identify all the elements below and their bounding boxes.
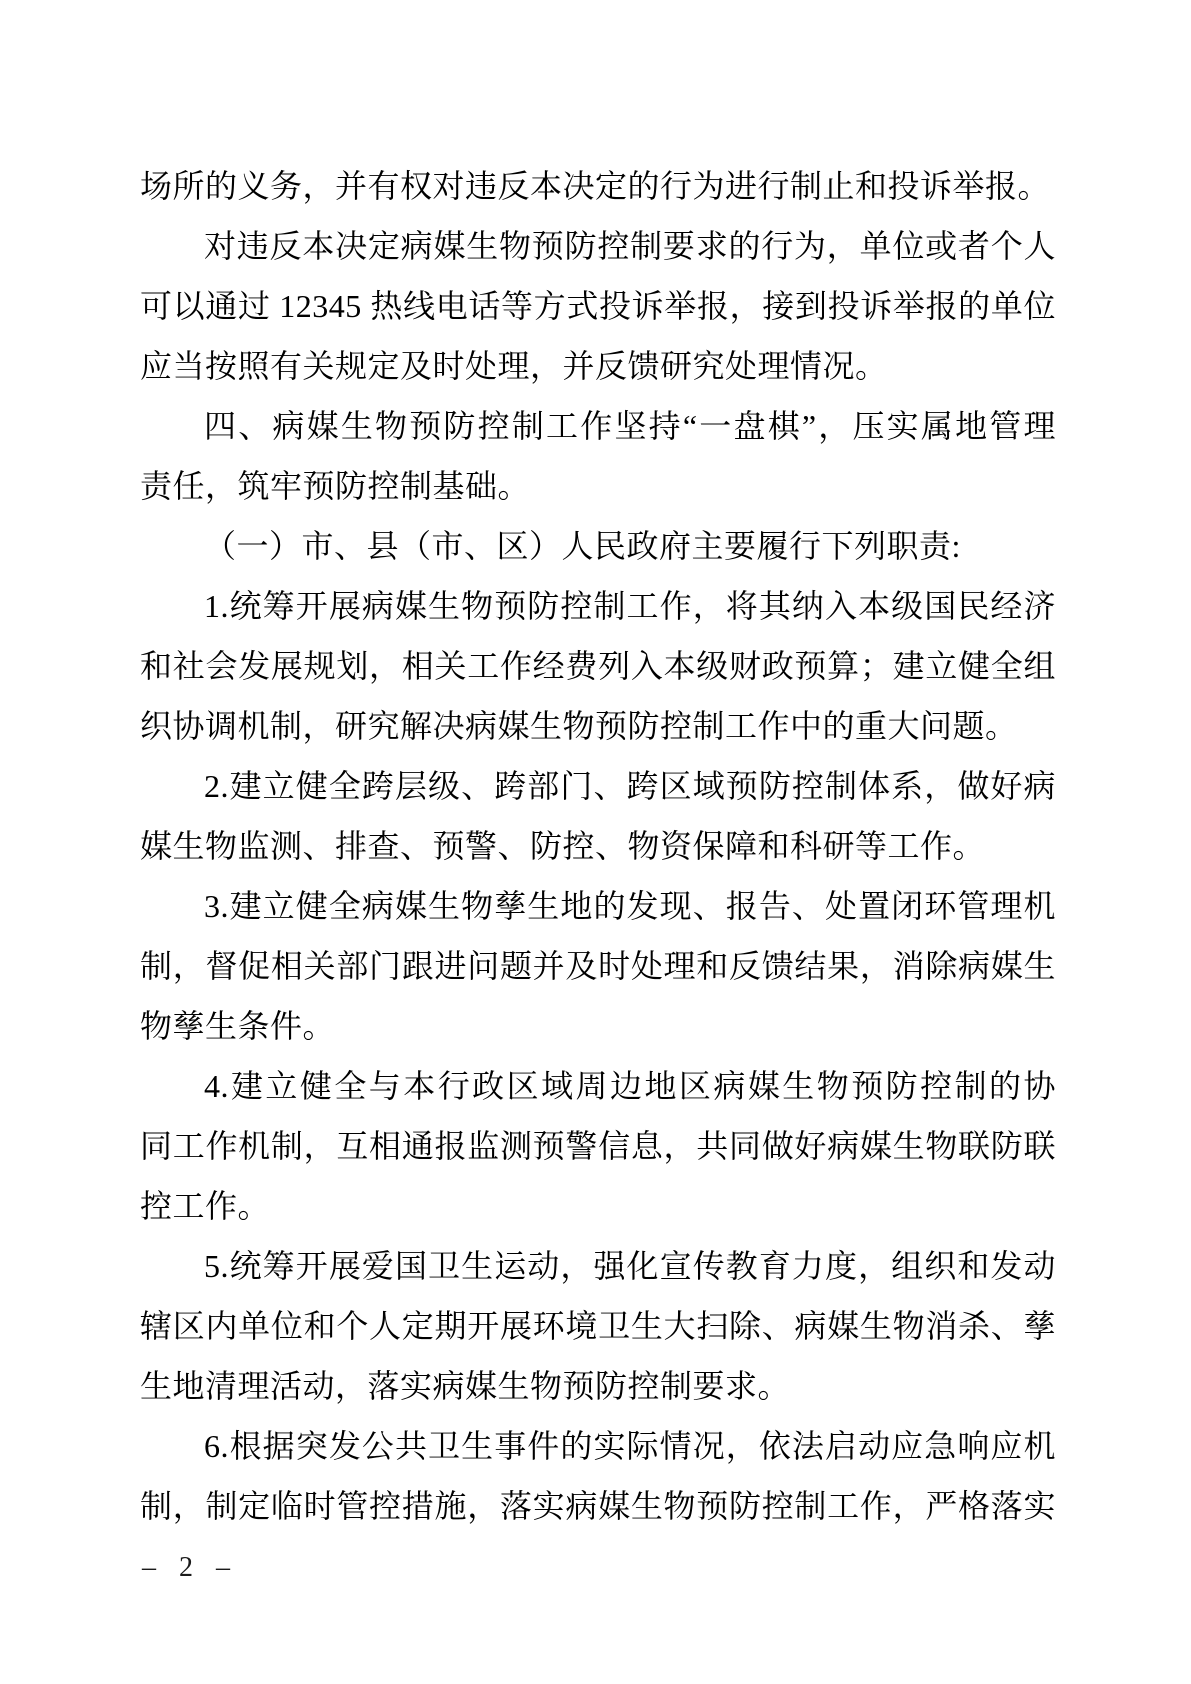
text-line: 和社会发展规划，相关工作经费列入本级财政预算；建立健全组 xyxy=(140,636,1056,696)
text-line: 同工作机制，互相通报监测预警信息，共同做好病媒生物联防联 xyxy=(140,1116,1056,1176)
text-line: 控工作。 xyxy=(140,1176,1056,1236)
text-line: 场所的义务，并有权对违反本决定的行为进行制止和投诉举报。 xyxy=(140,156,1056,216)
text-line: 物孳生条件。 xyxy=(140,996,1056,1056)
document-page: 场所的义务，并有权对违反本决定的行为进行制止和投诉举报。对违反本决定病媒生物预防… xyxy=(0,0,1191,1684)
text-line: 制，督促相关部门跟进问题并及时处理和反馈结果，消除病媒生 xyxy=(140,936,1056,996)
text-line: 媒生物监测、排查、预警、防控、物资保障和科研等工作。 xyxy=(140,816,1056,876)
text-line: 6.根据突发公共卫生事件的实际情况，依法启动应急响应机 xyxy=(140,1416,1056,1476)
text-line: 4.建立健全与本行政区域周边地区病媒生物预防控制的协 xyxy=(140,1056,1056,1116)
text-line: 生地清理活动，落实病媒生物预防控制要求。 xyxy=(140,1356,1056,1416)
text-line: 四、病媒生物预防控制工作坚持“一盘棋”，压实属地管理 xyxy=(140,396,1056,456)
text-line: 责任，筑牢预防控制基础。 xyxy=(140,456,1056,516)
text-line: 制，制定临时管控措施，落实病媒生物预防控制工作，严格落实 xyxy=(140,1476,1056,1536)
text-line: 可以通过 12345 热线电话等方式投诉举报，接到投诉举报的单位 xyxy=(140,276,1056,336)
text-line: （一）市、县（市、区）人民政府主要履行下列职责: xyxy=(140,516,1056,576)
text-line: 应当按照有关规定及时处理，并反馈研究处理情况。 xyxy=(140,336,1056,396)
text-line: 1.统筹开展病媒生物预防控制工作，将其纳入本级国民经济 xyxy=(140,576,1056,636)
text-line: 织协调机制，研究解决病媒生物预防控制工作中的重大问题。 xyxy=(140,696,1056,756)
page-number: – 2 – xyxy=(142,1546,238,1590)
document-body: 场所的义务，并有权对违反本决定的行为进行制止和投诉举报。对违反本决定病媒生物预防… xyxy=(140,156,1056,1536)
text-line: 对违反本决定病媒生物预防控制要求的行为，单位或者个人 xyxy=(140,216,1056,276)
text-line: 3.建立健全病媒生物孳生地的发现、报告、处置闭环管理机 xyxy=(140,876,1056,936)
text-line: 辖区内单位和个人定期开展环境卫生大扫除、病媒生物消杀、孳 xyxy=(140,1296,1056,1356)
text-line: 5.统筹开展爱国卫生运动，强化宣传教育力度，组织和发动 xyxy=(140,1236,1056,1296)
text-line: 2.建立健全跨层级、跨部门、跨区域预防控制体系，做好病 xyxy=(140,756,1056,816)
